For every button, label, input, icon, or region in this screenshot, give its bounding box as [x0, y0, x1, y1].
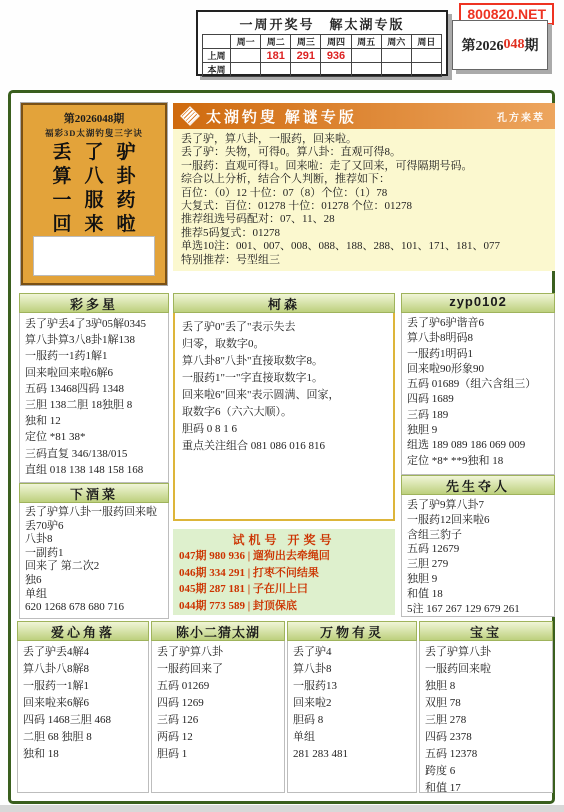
text-line: 四码 2378 [425, 729, 547, 746]
section-body: 丢了驴算八卦一服药回来啦独胆 8双胆 78三胆 278四码 2378五码 123… [419, 641, 553, 793]
text-line: 独胆 8 [425, 678, 547, 695]
corner-cell [203, 35, 231, 49]
section-body: 丢了驴4算八卦8一服药13回来啦2胆码 8单组281 283 481 [287, 641, 417, 793]
text-line: 丢了驴9算八卦7 [407, 498, 549, 513]
text-line: 算八卦8明码8 [407, 331, 549, 346]
day-header: 周六 [381, 35, 411, 49]
text-line: 归零，取数字0。 [182, 336, 386, 353]
text-line: 单选10注：001、007、008、088、188、288、101、171、18… [181, 240, 547, 253]
text-line: 五码 13468四码 1348 [25, 381, 163, 397]
text-line: 三码直复 346/138/015 [25, 446, 163, 462]
text-line: 三码 189 [407, 408, 549, 423]
verse-issue: 第2026048期 [23, 110, 165, 126]
draw-number-cell [261, 63, 291, 77]
section-baobao: 宝宝 丢了驴算八卦一服药回来啦独胆 8双胆 78三胆 278四码 2378五码 … [419, 621, 553, 793]
text-line: 回来啦 [23, 213, 165, 237]
section-body: 丢了驴0"丢了"表示失去归零，取数字0。算八卦8"八卦"直接取数字8。一服药1"… [173, 313, 395, 521]
text-line: 五码 12378 [425, 746, 547, 763]
text-line: 定位 *81 38* [25, 429, 163, 445]
row-label: 上周 [203, 49, 231, 63]
day-header: 周日 [411, 35, 441, 49]
text-line: 和值 18 [407, 587, 549, 602]
section-title: 彩多星 [19, 293, 169, 313]
text-line: 一服药1"一"字直接取数字1。 [182, 370, 386, 387]
draw-number-cell: 181 [261, 49, 291, 63]
text-line: 丢了驴丢4了3驴05解0345 [25, 316, 163, 332]
text-line: 丢了驴0"丢了"表示失去 [182, 319, 386, 336]
text-line: 跨度 6 [425, 763, 547, 780]
day-header: 周四 [321, 35, 351, 49]
text-line: 推荐组选号码配对：07、11、28 [181, 213, 547, 226]
text-line: 五码 01269 [157, 678, 279, 695]
text-line: 一副药1 [25, 547, 163, 561]
text-line: 一服药13 [293, 678, 411, 695]
draw-number-cell [321, 63, 351, 77]
text-line: 单组 [293, 729, 411, 746]
text-line: 丢70驴6 [25, 520, 163, 534]
text-line: 丢了驴6驴谐音6 [407, 316, 549, 331]
blank-note-box [33, 236, 155, 276]
text-line: 回来啦回来啦6解6 [25, 365, 163, 381]
text-line: 四码 1269 [157, 695, 279, 712]
text-line: 丢了驴算八卦一服药回来啦 [25, 506, 163, 520]
text-line: 重点关注组合 081 086 016 816 [182, 438, 386, 455]
text-line: 281 283 481 [293, 746, 411, 763]
text-line: 回来了 第二次2 [25, 560, 163, 574]
section-trial-draw-numbers: 试机号 开奖号 047期 980 936 | 遛狗出去牵绳回046期 334 2… [173, 529, 395, 615]
text-line: 一服药 [23, 189, 165, 213]
issue-suffix: 期 [525, 35, 539, 55]
section-xiansheng-duoren: 先生夺人 丢了驴9算八卦7一服药12回来啦6含组三豹子五码 12679三胆 27… [401, 475, 555, 617]
main-content-frame: 第2026048期 福彩3D太湖钓叟三字诀 丢了驴算八卦一服药回来啦 太湖钓叟 … [8, 90, 555, 804]
section-aixin: 爱心角落 丢了驴丢4解4算八卦八8解8一服药一1解1回来啦来6解6四码 1468… [17, 621, 149, 793]
text-line: 八卦8 [25, 533, 163, 547]
section-title: 万物有灵 [287, 621, 417, 641]
section-body: 丢了驴丢4了3驴05解0345算八卦算3八8卦1解138一服药一1药1解1回来啦… [19, 313, 169, 483]
text-line: 单组 [25, 588, 163, 602]
section-kesen: 柯森 丢了驴0"丢了"表示失去归零，取数字0。算八卦8"八卦"直接取数字8。一服… [173, 293, 395, 521]
draw-number-cell [411, 49, 441, 63]
day-header: 周三 [291, 35, 321, 49]
section-zyp0102: zyp0102 丢了驴6驴谐音6算八卦8明码8一服药1明码1回来啦90形象90五… [401, 293, 555, 475]
text-line: 620 1268 678 680 716 [25, 601, 163, 615]
text-line: 回来啦来6解6 [23, 695, 143, 712]
week-draw-box: 一周开奖号 解太湖专版 周一 周二 周三 周四 周五 周六 周日 上周 181 … [196, 10, 448, 76]
draw-number-cell: 936 [321, 49, 351, 63]
text-line: 独和 12 [25, 413, 163, 429]
text-line: 回来啦6"回来"表示圆满、回家， [182, 387, 386, 404]
section-title: 先生夺人 [401, 475, 555, 495]
text-line: 四码 1468三胆 468 [23, 712, 143, 729]
verse-lines: 丢了驴算八卦一服药回来啦 [23, 141, 165, 237]
text-line: 一服药1明码1 [407, 347, 549, 362]
lottery-analysis-page: 800820.NET 一周开奖号 解太湖专版 周一 周二 周三 周四 周五 周六… [0, 0, 564, 812]
table-header-row: 周一 周二 周三 周四 周五 周六 周日 [203, 35, 442, 49]
page-title: 太湖钓叟 解谜专版 [206, 106, 357, 127]
text-line: 独胆 9 [407, 572, 549, 587]
text-line: 算八卦8 [293, 661, 411, 678]
text-line: 回来啦2 [293, 695, 411, 712]
text-line: 丢了驴4 [293, 644, 411, 661]
text-line: 一服药一1解1 [23, 678, 143, 695]
verse-subtitle: 福彩3D太湖钓叟三字诀 [23, 127, 165, 139]
gold-verse-box: 第2026048期 福彩3D太湖钓叟三字诀 丢了驴算八卦一服药回来啦 [21, 103, 167, 285]
section-body: 丢了驴9算八卦7一服药12回来啦6含组三豹子五码 12679三胆 279独胆 9… [401, 495, 555, 617]
row-label: 本周 [203, 63, 231, 77]
section-title: 宝宝 [419, 621, 553, 641]
day-header: 周一 [231, 35, 261, 49]
text-line: 四码 1689 [407, 392, 549, 407]
text-line: 回来啦90形象90 [407, 362, 549, 377]
text-line: 三胆 138二胆 18独胆 8 [25, 397, 163, 413]
draw-number-cell [351, 49, 381, 63]
text-line: 044期 773 589 | 封顶保底 [179, 598, 389, 615]
section-caiduoxing: 彩多星 丢了驴丢4了3驴05解0345算八卦算3八8卦1解138一服药一1药1解… [19, 293, 169, 483]
week-box-title: 一周开奖号 解太湖专版 [202, 14, 442, 33]
draw-number-cell [381, 63, 411, 77]
text-line: 双胆 78 [425, 695, 547, 712]
draw-number-cell [351, 63, 381, 77]
draw-number-cell [291, 63, 321, 77]
text-line: 特别推荐：号型组三 [181, 254, 547, 267]
section-title: 柯森 [173, 293, 395, 313]
table-row: 本周 [203, 63, 442, 77]
text-line: 大复式：百位：01278 十位：01278 个位：01278 [181, 200, 547, 213]
analysis-text-body: 丢了驴，算八卦，一服药，回来啦。丢了驴：失物，可得0。算八卦：直观可得8。一服药… [173, 129, 555, 271]
text-line: 算八卦八8解8 [23, 661, 143, 678]
text-line: 取数字6（六六大顺）。 [182, 404, 386, 421]
text-line: 一服药12回来啦6 [407, 513, 549, 528]
draw-number-cell [411, 63, 441, 77]
text-line: 046期 334 291 | 打枣不问结果 [179, 565, 389, 582]
text-line: 五码 01689（组六含组三） [407, 377, 549, 392]
text-line: 丢了驴丢4解4 [23, 644, 143, 661]
header-right-label: 孔方来萃 [497, 109, 545, 124]
text-line: 一服药一1药1解1 [25, 348, 163, 364]
text-line: 一服药回来了 [157, 661, 279, 678]
main-header-bar: 太湖钓叟 解谜专版 孔方来萃 [173, 103, 555, 129]
text-line: 算八卦8"八卦"直接取数字8。 [182, 353, 386, 370]
section-title: 试机号 开奖号 [179, 531, 389, 548]
text-line: 算八卦 [23, 165, 165, 189]
text-line: 百位：（0）12 十位：07（8）个位：（1）78 [181, 187, 547, 200]
text-line: 和值 17 [425, 780, 547, 797]
section-xiajiucai: 下酒菜 丢了驴算八卦一服药回来啦丢70驴6八卦8一副药1回来了 第二次2独6单组… [19, 483, 169, 619]
text-line: 三胆 279 [407, 557, 549, 572]
table-row: 上周 181 291 936 [203, 49, 442, 63]
paper-stack-icon [180, 106, 200, 126]
issue-number: 048 [504, 37, 525, 53]
text-line: 综合以上分析，结合个人判断，推荐如下： [181, 173, 547, 186]
day-header: 周五 [351, 35, 381, 49]
text-line: 三码 126 [157, 712, 279, 729]
week-draw-table: 周一 周二 周三 周四 周五 周六 周日 上周 181 291 936 本周 [202, 34, 442, 77]
text-line: 5注 167 267 129 679 261 [407, 602, 549, 617]
draw-number-cell [231, 63, 261, 77]
day-header: 周二 [261, 35, 291, 49]
text-line: 丢了驴算八卦 [157, 644, 279, 661]
text-line: 三胆 278 [425, 712, 547, 729]
text-line: 丢了驴：失物，可得0。算八卦：直观可得8。 [181, 146, 547, 159]
text-line: 两码 12 [157, 729, 279, 746]
text-line: 二胆 68 独胆 8 [23, 729, 143, 746]
draw-number-cell [381, 49, 411, 63]
text-line: 045期 287 181 | 子在川上曰 [179, 581, 389, 598]
text-line: 胆码 0 8 1 6 [182, 421, 386, 438]
section-body: 丢了驴算八卦一服药回来啦丢70驴6八卦8一副药1回来了 第二次2独6单组620 … [19, 503, 169, 619]
text-line: 推荐5码复式：01278 [181, 227, 547, 240]
text-line: 定位 *8* **9独和 18 [407, 454, 549, 469]
text-line: 047期 980 936 | 遛狗出去牵绳回 [179, 548, 389, 565]
text-line: 组选 189 089 186 069 009 [407, 438, 549, 453]
text-line: 算八卦算3八8卦1解138 [25, 332, 163, 348]
text-line: 丢了驴 [23, 141, 165, 165]
page-bottom-edge [0, 805, 564, 812]
section-title: 下酒菜 [19, 483, 169, 503]
section-body: 丢了驴算八卦一服药回来了五码 01269四码 1269三码 126两码 12胆码… [151, 641, 285, 793]
section-chenxiaoer: 陈小二猜太湖 丢了驴算八卦一服药回来了五码 01269四码 1269三码 126… [151, 621, 285, 793]
text-line: 一服药回来啦 [425, 661, 547, 678]
section-title: 陈小二猜太湖 [151, 621, 285, 641]
section-title: zyp0102 [401, 293, 555, 313]
text-line: 胆码 8 [293, 712, 411, 729]
section-body: 丢了驴6驴谐音6算八卦8明码8一服药1明码1回来啦90形象90五码 01689（… [401, 313, 555, 475]
text-line: 胆码 1 [157, 746, 279, 763]
text-line: 丢了驴，算八卦，一服药，回来啦。 [181, 133, 547, 146]
section-title: 爱心角落 [17, 621, 149, 641]
draw-number-cell: 291 [291, 49, 321, 63]
issue-prefix: 第2026 [462, 35, 504, 55]
text-line: 独胆 9 [407, 423, 549, 438]
draw-number-cell [231, 49, 261, 63]
issue-number-box: 第2026048期 [452, 20, 548, 70]
text-line: 五码 12679 [407, 542, 549, 557]
section-body: 丢了驴丢4解4算八卦八8解8一服药一1解1回来啦来6解6四码 1468三胆 46… [17, 641, 149, 793]
trial-draw-rows: 047期 980 936 | 遛狗出去牵绳回046期 334 291 | 打枣不… [179, 548, 389, 614]
text-line: 丢了驴算八卦 [425, 644, 547, 661]
text-line: 直组 018 138 148 158 168 [25, 462, 163, 478]
text-line: 独和 18 [23, 746, 143, 763]
text-line: 一服药：直观可得1。回来啦：走了又回来，可得隔期号码。 [181, 160, 547, 173]
text-line: 独6 [25, 574, 163, 588]
text-line: 含组三豹子 [407, 528, 549, 543]
section-wanwu-youling: 万物有灵 丢了驴4算八卦8一服药13回来啦2胆码 8单组281 283 481 [287, 621, 417, 793]
